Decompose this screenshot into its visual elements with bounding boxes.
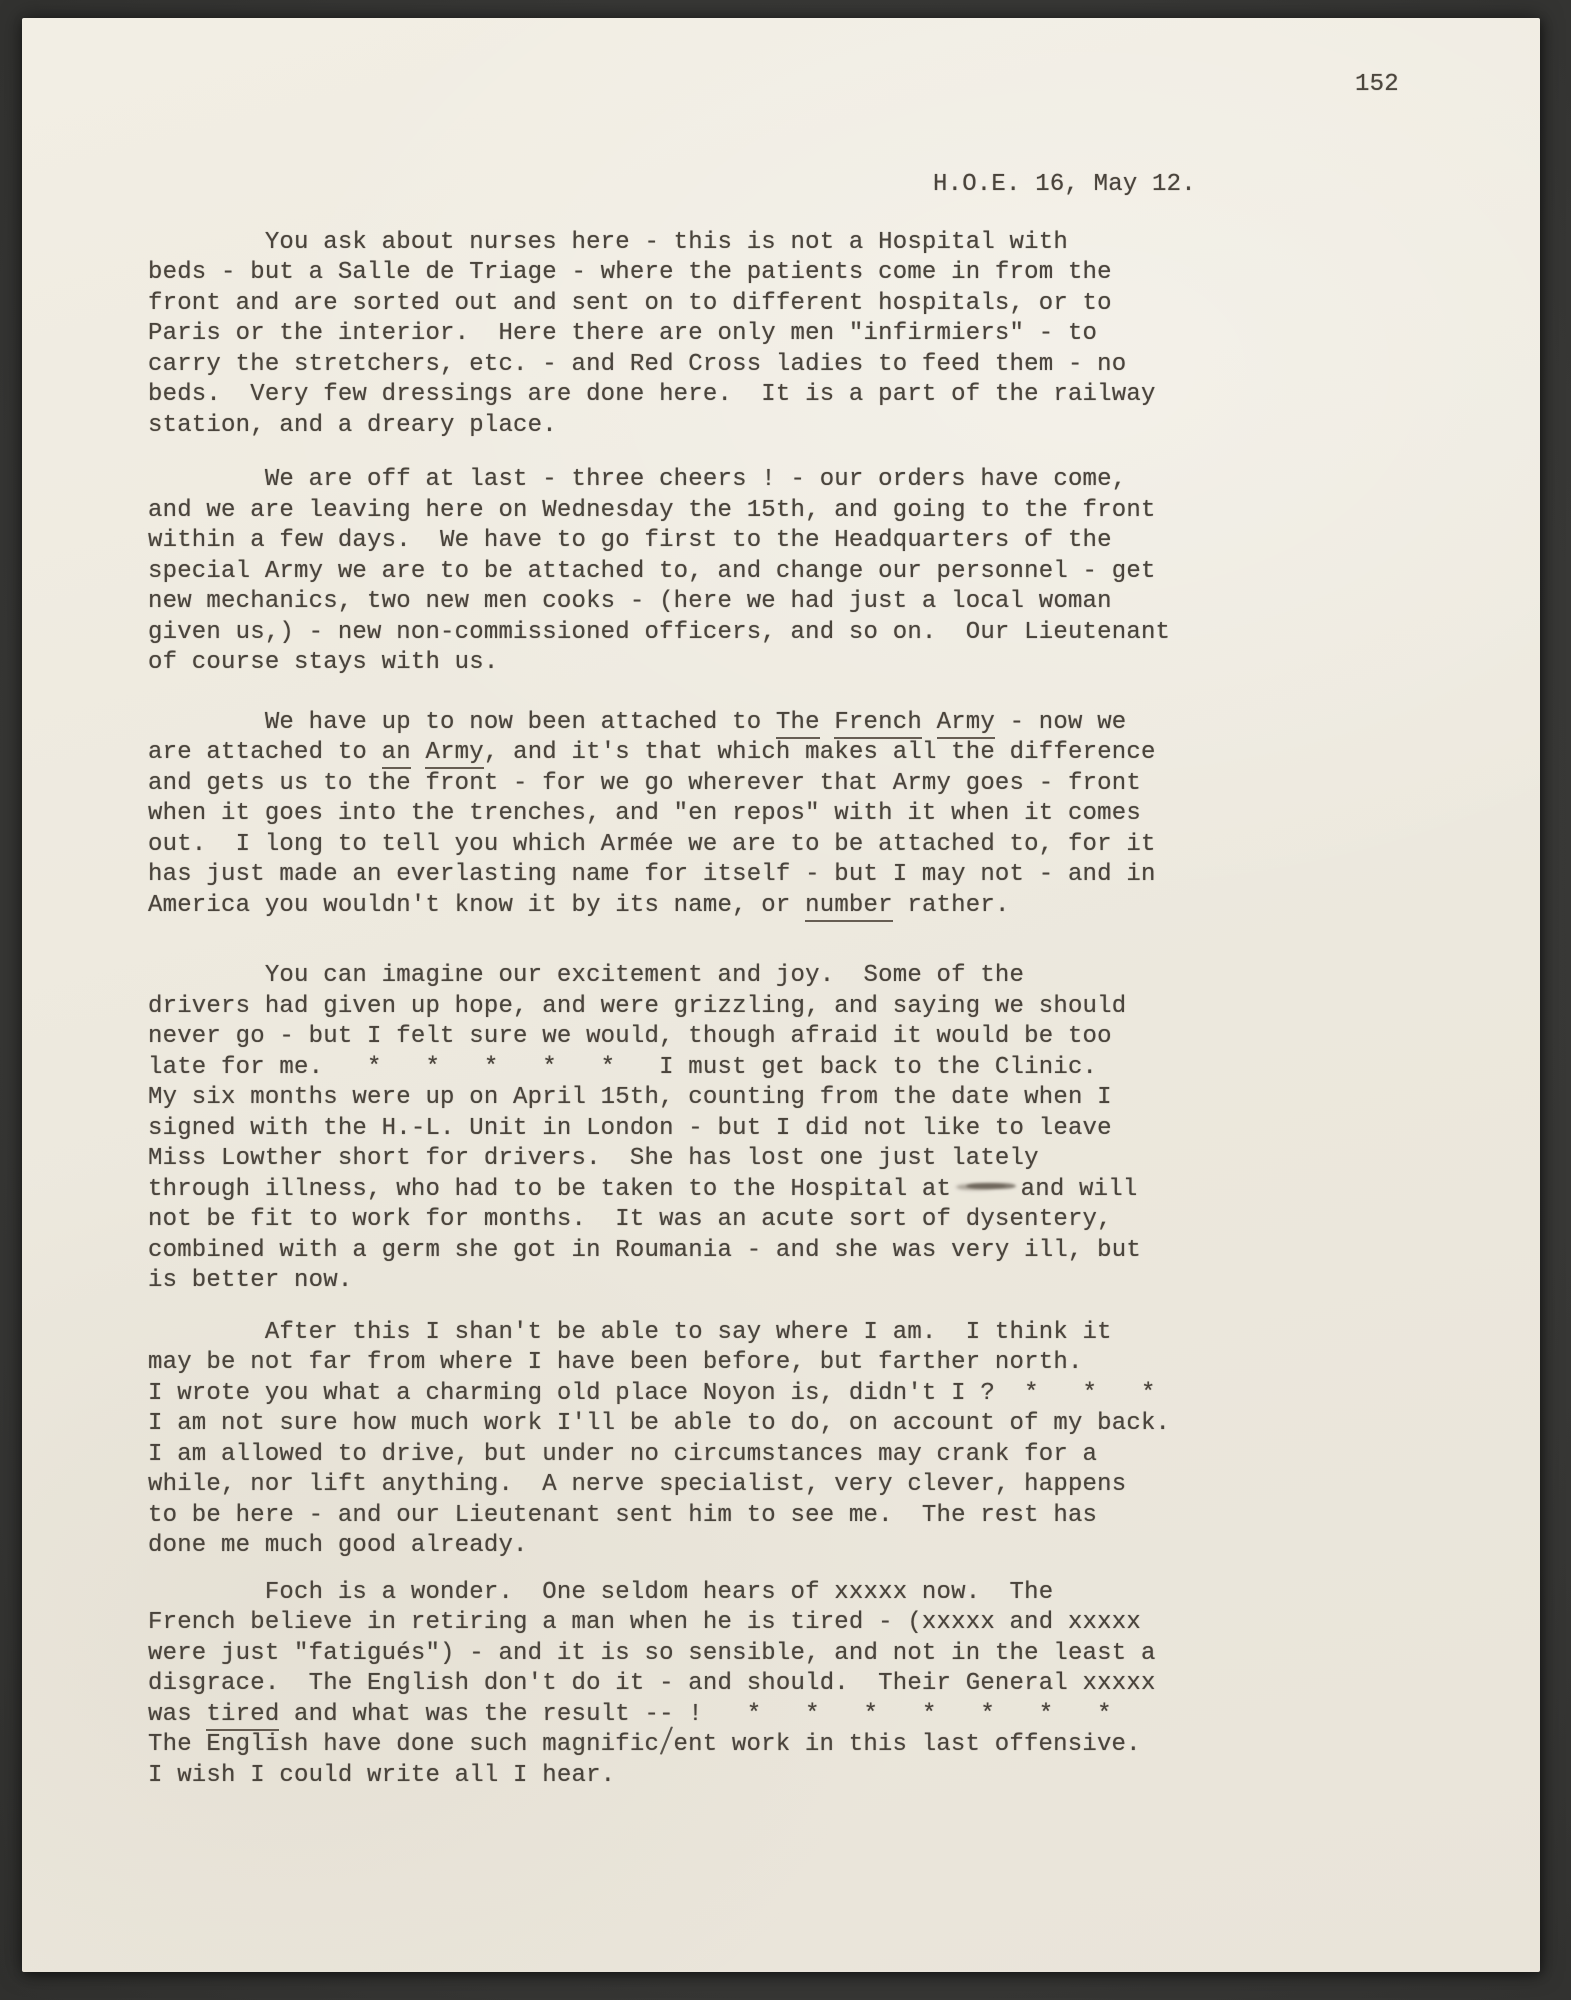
text-line: Foch is a wonder. One seldom hears of xx… — [148, 1578, 1510, 1609]
text-line: We have up to now been attached to The F… — [148, 708, 1510, 739]
text-line: are attached to an Army, and it's that w… — [148, 738, 1510, 769]
text-line: I am not sure how much work I'll be able… — [148, 1409, 1510, 1440]
text-line: done me much good already. — [148, 1531, 1510, 1562]
text-line: I wrote you what a charming old place No… — [148, 1379, 1510, 1410]
text-line: within a few days. We have to go first t… — [148, 526, 1510, 557]
text-line: combined with a germ she got in Roumania… — [148, 1236, 1510, 1267]
text-line: Paris or the interior. Here there are on… — [148, 319, 1510, 350]
underlined-word: Army — [937, 709, 995, 739]
text-line: new mechanics, two new men cooks - (here… — [148, 587, 1510, 618]
letter-heading: H.O.E. 16, May 12. — [933, 170, 1510, 201]
text-line: carry the stretchers, etc. - and Red Cro… — [148, 350, 1510, 381]
text-line: French believe in retiring a man when he… — [148, 1608, 1510, 1639]
letter-paragraphs: You ask about nurses here - this is not … — [148, 228, 1510, 1792]
paragraph: We are off at last - three cheers ! - ou… — [148, 465, 1510, 679]
text-line: late for me. * * * * * I must get back t… — [148, 1053, 1510, 1084]
paragraph: You can imagine our excitement and joy. … — [148, 961, 1510, 1297]
text-line: You can imagine our excitement and joy. … — [148, 961, 1510, 992]
text-line: of course stays with us. — [148, 648, 1510, 679]
text-line: while, nor lift anything. A nerve specia… — [148, 1470, 1510, 1501]
text-line: has just made an everlasting name for it… — [148, 860, 1510, 891]
text-line: Miss Lowther short for drivers. She has … — [148, 1144, 1510, 1175]
text-line: special Army we are to be attached to, a… — [148, 557, 1510, 588]
text-line: were just "fatigués") - and it is so sen… — [148, 1639, 1510, 1670]
text-line: signed with the H.-L. Unit in London - b… — [148, 1114, 1510, 1145]
text-line: station, and a dreary place. — [148, 411, 1510, 442]
text-line: disgrace. The English don't do it - and … — [148, 1669, 1510, 1700]
underlined-word: tired — [206, 1701, 279, 1731]
ink-blot — [966, 1183, 1006, 1189]
underlined-word: Army — [425, 739, 483, 769]
text-line: when it goes into the trenches, and "en … — [148, 799, 1510, 830]
text-line: given us,) - new non-commissioned office… — [148, 618, 1510, 649]
text-line: beds - but a Salle de Triage - where the… — [148, 258, 1510, 289]
text-line: not be fit to work for months. It was an… — [148, 1205, 1510, 1236]
paragraph: We have up to now been attached to The F… — [148, 708, 1510, 922]
text-line: to be here - and our Lieutenant sent him… — [148, 1501, 1510, 1532]
text-line: never go - but I felt sure we would, tho… — [148, 1022, 1510, 1053]
text-line: We are off at last - three cheers ! - ou… — [148, 465, 1510, 496]
text-line: You ask about nurses here - this is not … — [148, 228, 1510, 259]
text-line: My six months were up on April 15th, cou… — [148, 1083, 1510, 1114]
underlined-word: number — [805, 892, 893, 922]
text-line: I wish I could write all I hear. — [148, 1761, 1510, 1792]
text-line: may be not far from where I have been be… — [148, 1348, 1510, 1379]
underlined-word: French — [834, 709, 922, 739]
underlined-word: The — [776, 709, 820, 739]
text-line: The English have done such magnific/ent … — [148, 1730, 1510, 1761]
paragraph: Foch is a wonder. One seldom hears of xx… — [148, 1578, 1510, 1792]
text-line: I am allowed to drive, but under no circ… — [148, 1440, 1510, 1471]
text-line: was tired and what was the result -- ! *… — [148, 1700, 1510, 1731]
underlined-word: an — [382, 739, 411, 769]
text-line: After this I shan't be able to say where… — [148, 1318, 1510, 1349]
paragraph: After this I shan't be able to say where… — [148, 1318, 1510, 1562]
text-line: through illness, who had to be taken to … — [148, 1175, 1510, 1206]
text-line: and we are leaving here on Wednesday the… — [148, 496, 1510, 527]
text-line: front and are sorted out and sent on to … — [148, 289, 1510, 320]
text-line: drivers had given up hope, and were griz… — [148, 992, 1510, 1023]
text-line: and gets us to the front - for we go whe… — [148, 769, 1510, 800]
text-line: out. I long to tell you which Armée we a… — [148, 830, 1510, 861]
text-line: beds. Very few dressings are done here. … — [148, 380, 1510, 411]
text-line: America you wouldn't know it by its name… — [148, 891, 1510, 922]
text-line: is better now. — [148, 1266, 1510, 1297]
paragraph: You ask about nurses here - this is not … — [148, 228, 1510, 442]
letter-content: H.O.E. 16, May 12. You ask about nurses … — [148, 170, 1510, 1791]
page-number: 152 — [1355, 70, 1399, 100]
pen-stroke: / — [658, 1721, 675, 1773]
letter-page: 152 H.O.E. 16, May 12. You ask about nur… — [22, 18, 1540, 1972]
